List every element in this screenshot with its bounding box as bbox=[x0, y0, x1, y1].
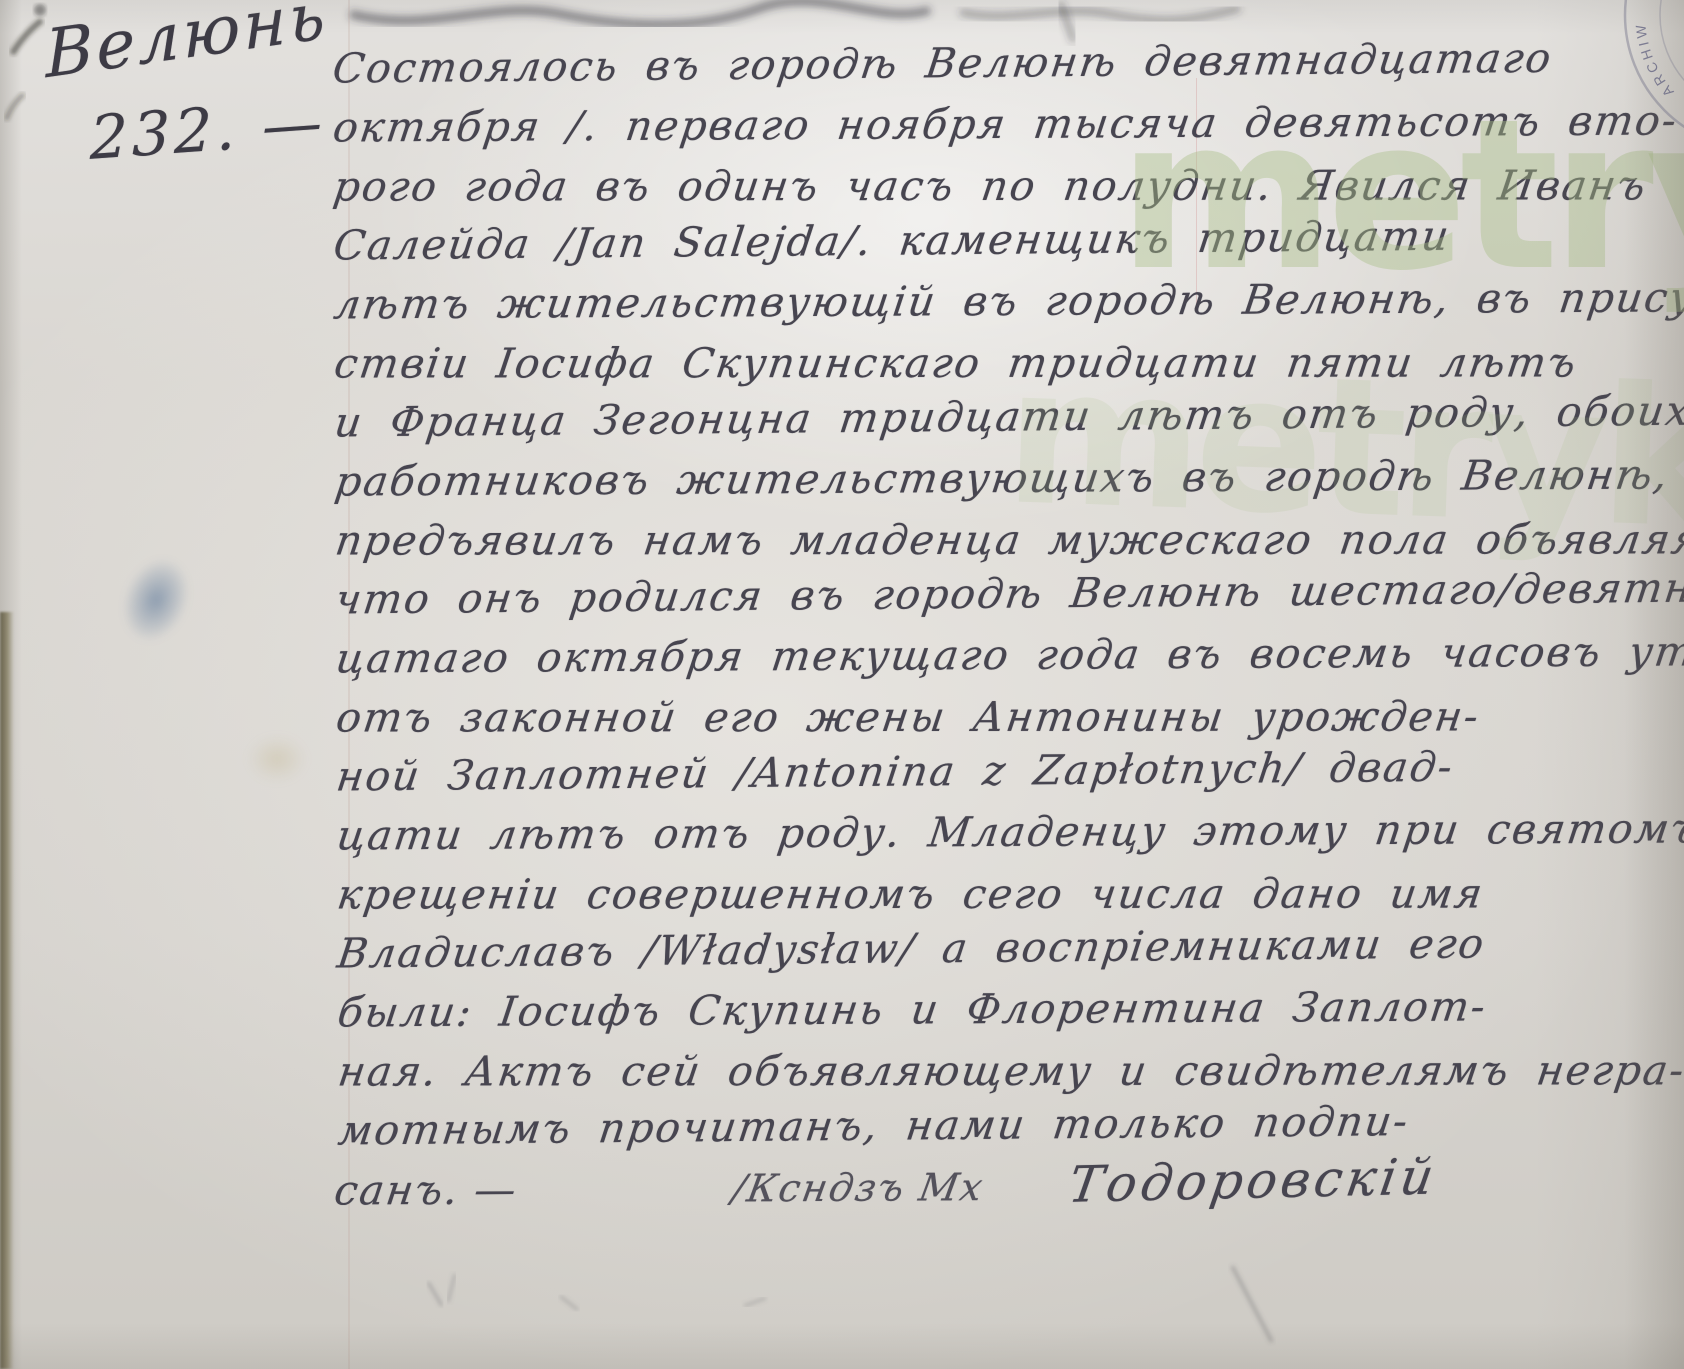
record-lines: Состоялось въ городѣ Велюнѣ девятнадцата… bbox=[329, 32, 1680, 1160]
margin-town: Велюнь bbox=[44, 0, 334, 93]
record-line: Салейда /Jan Salejda/. каменщикъ тридцат… bbox=[330, 205, 1683, 276]
record-line: были: Іосифъ Скупинь и Флорентина Заплот… bbox=[334, 976, 1684, 1042]
paper-stain bbox=[238, 728, 316, 790]
record-footer: санъ. — /Ксндзъ Мх Тодоровскій bbox=[335, 1153, 1680, 1250]
record-line: что онъ родился въ городѣ Велюнѣ шестаго… bbox=[332, 559, 1684, 630]
record-line: Состоялось въ городѣ Велюнѣ девятнадцата… bbox=[329, 28, 1682, 99]
blue-ink-smudge bbox=[98, 534, 213, 666]
record-line: лѣтъ жительствующій въ городѣ Велюнѣ, въ… bbox=[330, 268, 1683, 334]
page-corner-marks bbox=[6, 4, 46, 120]
record-line: цатаго октября текущаго года въ восемь ч… bbox=[332, 622, 1684, 688]
record-text: Состоялось въ городѣ Велюнѣ девятнадцата… bbox=[329, 32, 1680, 1250]
record-line: и Франца Зегонцна тридцати лѣтъ отъ роду… bbox=[331, 382, 1684, 453]
scanned-register-page: { "document": { "margin": { "town": "Вел… bbox=[0, 0, 1684, 1369]
footer-closing: санъ. — bbox=[332, 1166, 521, 1215]
record-line: мотнымъ прочитанъ, нами только подпи- bbox=[335, 1090, 1684, 1161]
footer-signature: Тодоровскій bbox=[1065, 1148, 1441, 1214]
page-edge-strip bbox=[0, 612, 14, 1369]
record-line: цати лѣтъ отъ роду. Младенцу этому при с… bbox=[333, 799, 1684, 865]
margin-act-number: 232. — bbox=[44, 87, 333, 177]
footer-celebrant: /Ксндзъ Мх bbox=[729, 1165, 988, 1210]
record-line: Владиславъ /Władysław/ а воспріемниками … bbox=[334, 913, 1684, 984]
record-line: работниковъ жительствующихъ въ городѣ Ве… bbox=[331, 445, 1684, 511]
record-line: ной Заплотней /Antonina z Zapłotnych/ дв… bbox=[333, 736, 1684, 807]
margin-block: Велюнь 232. — bbox=[44, 16, 334, 177]
record-line: октября /. перваго ноября тысяча девятьс… bbox=[329, 91, 1682, 157]
pencil-marks bbox=[428, 1266, 1272, 1342]
